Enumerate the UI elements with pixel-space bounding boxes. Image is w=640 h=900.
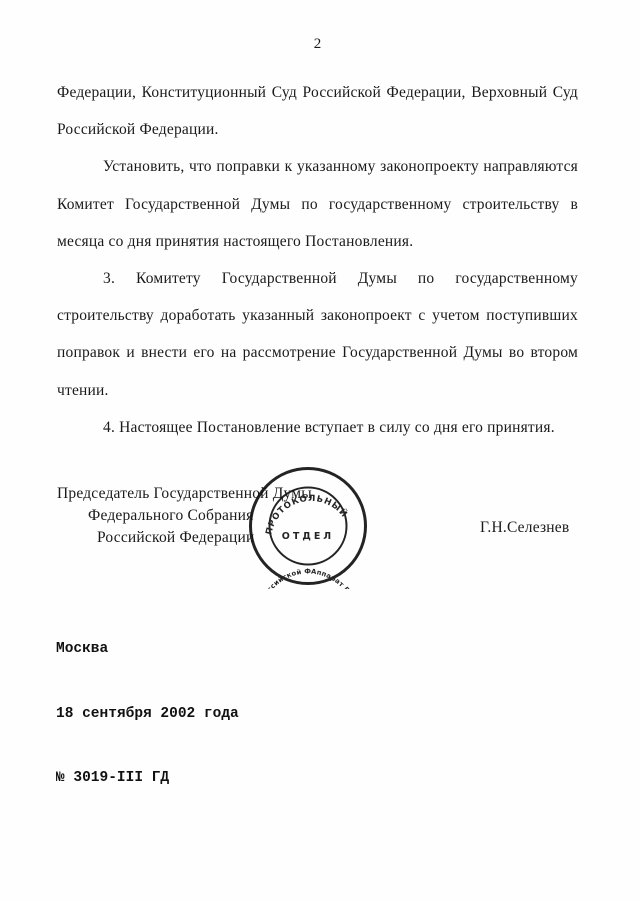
signatory-name: Г.Н.Селезнев: [480, 519, 569, 537]
footer-city: Москва: [56, 639, 239, 661]
footer-number: № 3019-III ГД: [56, 768, 239, 790]
paragraph-3-line-3: поправок и внести его на рассмотрение Го…: [57, 334, 578, 371]
stamp-inner-ring: [270, 488, 347, 565]
document-page: 2 Федерации, Конституционный Суд Российс…: [0, 0, 640, 900]
protocol-department-stamp-icon: Аппарат Государственной Думы Федеральног…: [245, 463, 371, 589]
stamp-outer-ring: [251, 469, 366, 584]
footer-date: 18 сентября 2002 года: [56, 704, 239, 726]
paragraph-4-line-1: 4. Настоящее Постановление вступает в си…: [57, 409, 578, 446]
document-footer: Москва 18 сентября 2002 года № 3019-III …: [56, 596, 239, 833]
paragraph-2-line-2: Комитет Государственной Думы по государс…: [57, 186, 578, 223]
document-body: Федерации, Конституционный Суд Российско…: [57, 74, 578, 446]
paragraph-1-line-2: Российской Федерации.: [57, 111, 578, 148]
paragraph-2-line-3: месяца со дня принятия настоящего Постан…: [57, 223, 578, 260]
paragraph-3-line-2: строительству доработать указанный закон…: [57, 297, 578, 334]
paragraph-3-line-1: 3. Комитету Государственной Думы по госу…: [57, 260, 578, 297]
paragraph-1-line-1: Федерации, Конституционный Суд Российско…: [57, 74, 578, 111]
paragraph-3-line-4: чтении.: [57, 372, 578, 409]
page-number: 2: [57, 36, 578, 53]
stamp-center-text: ОТДЕЛ: [282, 531, 334, 542]
paragraph-2-line-1: Установить, что поправки к указанному за…: [57, 148, 578, 185]
